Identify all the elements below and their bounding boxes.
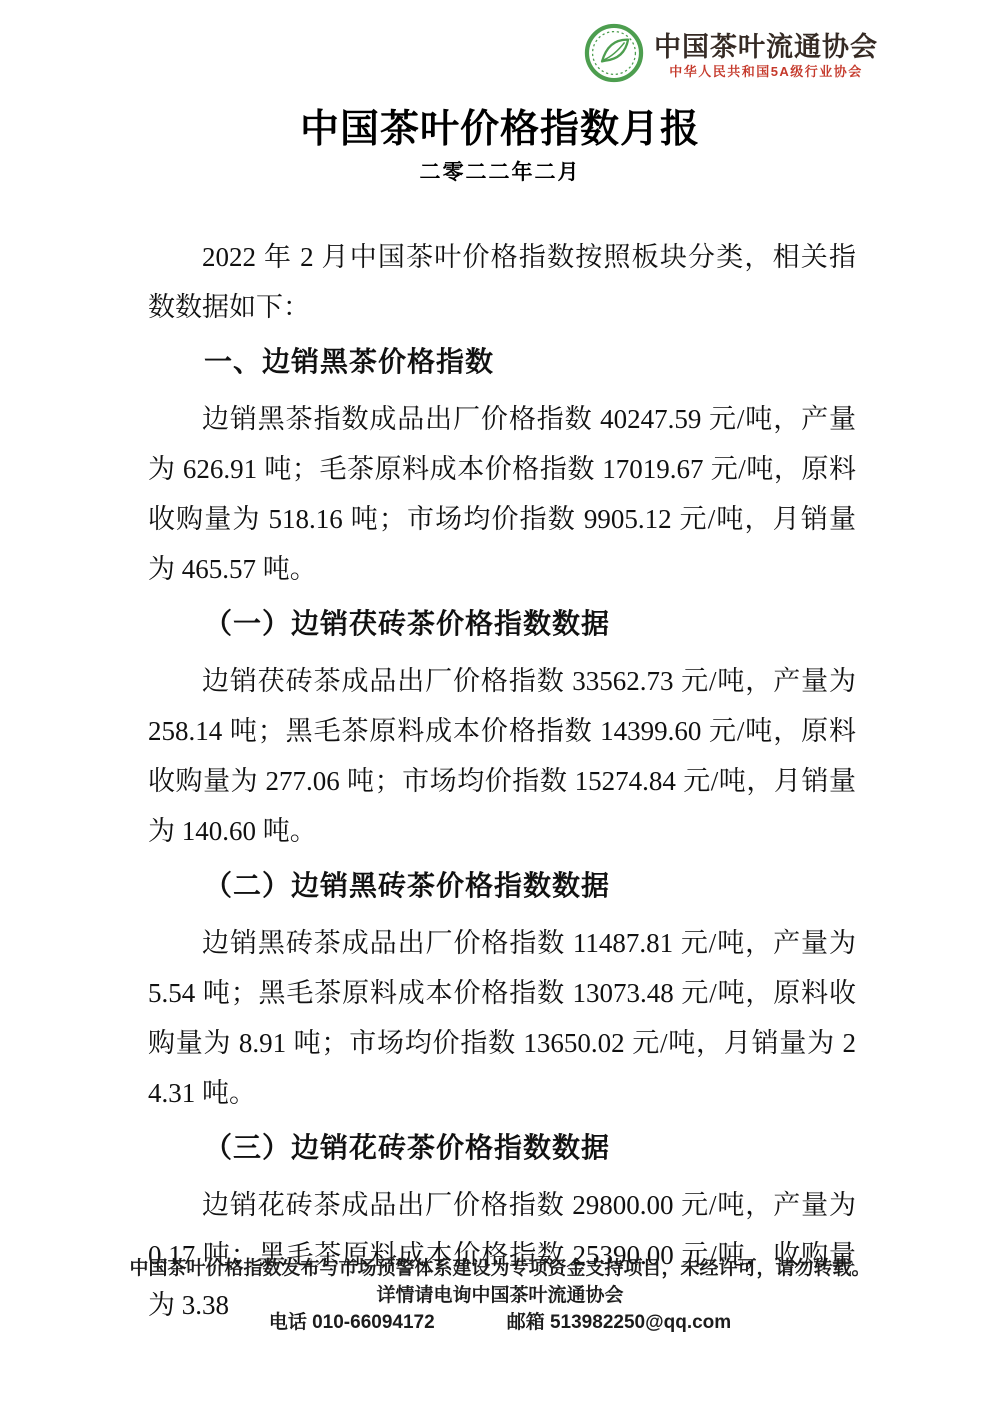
page-footer: 中国茶叶价格指数发布与市场预警体系建设为专项资金支持项目，未经许可，请勿转载。 … — [0, 1255, 1000, 1336]
section-body: 边销茯砖茶成品出厂价格指数 33562.73 元/吨，产量为 258.14 吨；… — [148, 656, 856, 856]
section-body: 边销黑茶指数成品出厂价格指数 40247.59 元/吨，产量为 626.91 吨… — [148, 394, 856, 594]
section-heading: （二）边销黑砖茶价格指数数据 — [148, 862, 856, 912]
footer-contact-line: 电话 010-66094172邮箱 513982250@qq.com — [0, 1309, 1000, 1336]
page-subtitle: 二零二二年二月 — [0, 160, 1000, 186]
email-address: 513982250@qq.com — [550, 1312, 731, 1333]
section-body: 边销黑砖茶成品出厂价格指数 11487.81 元/吨，产量为 5.54 吨；黑毛… — [148, 918, 856, 1118]
footer-contact-note: 详情请电询中国茶叶流通协会 — [0, 1282, 1000, 1309]
section-black-brick-tea: （二）边销黑砖茶价格指数数据 边销黑砖茶成品出厂价格指数 11487.81 元/… — [148, 862, 856, 1118]
footer-disclaimer: 中国茶叶价格指数发布与市场预警体系建设为专项资金支持项目，未经许可，请勿转载。 — [0, 1255, 1000, 1282]
section-heading: （一）边销茯砖茶价格指数数据 — [148, 600, 856, 650]
phone-number: 010-66094172 — [312, 1312, 435, 1333]
association-logo: 中国茶叶流通协会 中华人民共和国5A级行业协会 — [583, 22, 878, 89]
org-name: 中国茶叶流通协会 — [654, 32, 878, 62]
section-dark-tea: 一、边销黑茶价格指数 边销黑茶指数成品出厂价格指数 40247.59 元/吨，产… — [148, 338, 856, 594]
title-block: 中国茶叶价格指数月报 二零二二年二月 — [0, 106, 1000, 186]
intro-paragraph: 2022 年 2 月中国茶叶价格指数按照板块分类，相关指数数据如下： — [148, 232, 856, 332]
phone-label: 电话 — [269, 1312, 307, 1333]
section-fu-brick-tea: （一）边销茯砖茶价格指数数据 边销茯砖茶成品出厂价格指数 33562.73 元/… — [148, 600, 856, 856]
section-heading: 一、边销黑茶价格指数 — [148, 338, 856, 388]
page-title: 中国茶叶价格指数月报 — [0, 106, 1000, 154]
org-subtitle: 中华人民共和国5A级行业协会 — [669, 64, 863, 79]
tea-leaf-seal-icon — [583, 22, 645, 89]
logo-text-block: 中国茶叶流通协会 中华人民共和国5A级行业协会 — [654, 32, 878, 79]
document-page: 中国茶叶流通协会 中华人民共和国5A级行业协会 中国茶叶价格指数月报 二零二二年… — [0, 0, 1000, 1413]
email-label: 邮箱 — [507, 1312, 545, 1333]
report-body: 2022 年 2 月中国茶叶价格指数按照板块分类，相关指数数据如下： 一、边销黑… — [148, 232, 856, 1330]
section-heading: （三）边销花砖茶价格指数数据 — [148, 1124, 856, 1174]
